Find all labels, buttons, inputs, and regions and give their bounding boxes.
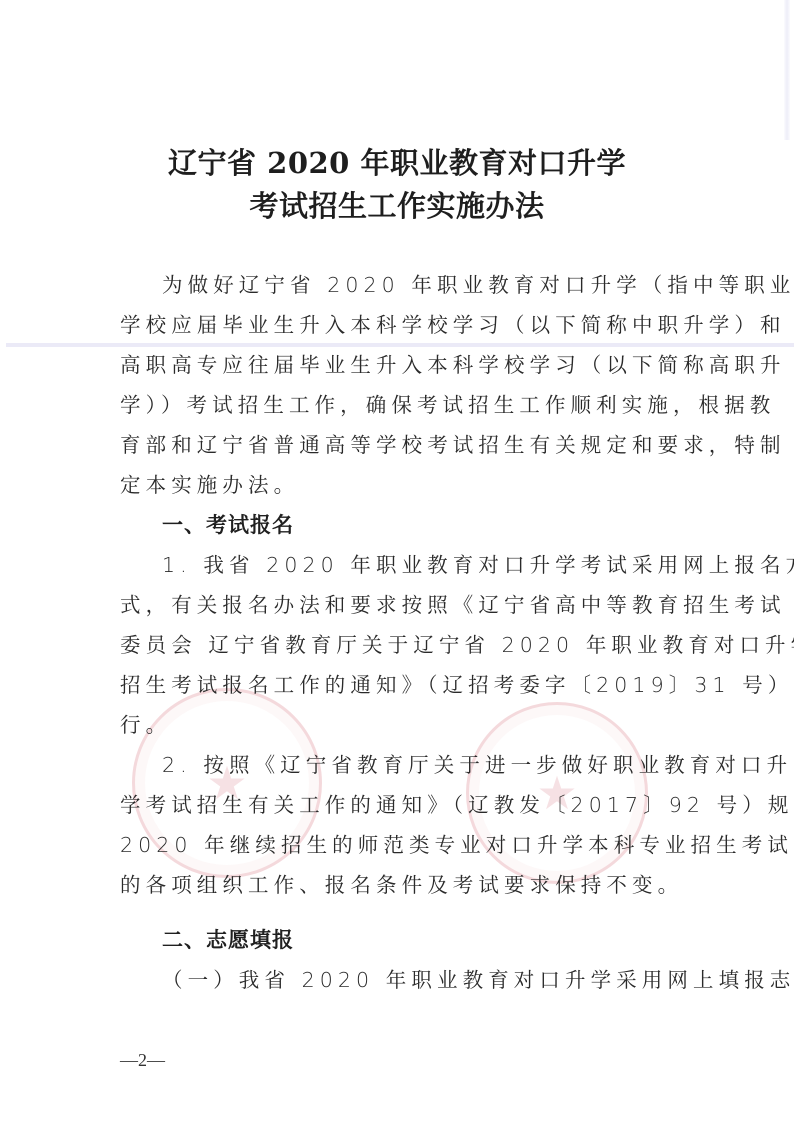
intro-line: 定本实施办法。 bbox=[120, 465, 676, 505]
item-line: 1. 我省 2020 年职业教育对口升学考试采用网上报名方 bbox=[162, 545, 676, 585]
item-line: （一）我省 2020 年职业教育对口升学采用网上填报志 bbox=[162, 960, 676, 1000]
item-line: 2. 按照《辽宁省教育厅关于进一步做好职业教育对口升 bbox=[162, 745, 676, 785]
item-line: 招生考试报名工作的通知》（辽招考委字〔2019〕31 号）执 bbox=[120, 665, 676, 705]
section-heading: 一、考试报名 bbox=[162, 505, 294, 545]
item-line: 2020 年继续招生的师范类专业对口升学本科专业招生考试 bbox=[120, 825, 676, 865]
intro-line: 为做好辽宁省 2020 年职业教育对口升学（指中等职业 bbox=[162, 265, 676, 305]
intro-line: 学校应届毕业生升入本科学校学习（以下简称中职升学）和 bbox=[120, 305, 676, 345]
scan-edge-shadow bbox=[784, 0, 790, 140]
intro-line: 学））考试招生工作，确保考试招生工作顺利实施，根据教 bbox=[120, 385, 676, 425]
item-line: 式，有关报名办法和要求按照《辽宁省高中等教育招生考试 bbox=[120, 585, 676, 625]
intro-line: 育部和辽宁省普通高等学校考试招生有关规定和要求，特制 bbox=[120, 425, 676, 465]
document-title-line-1: 辽宁省 2020 年职业教育对口升学 bbox=[0, 143, 794, 183]
intro-line: 高职高专应往届毕业生升入本科学校学习（以下简称高职升 bbox=[120, 345, 676, 385]
item-line: 的各项组织工作、报名条件及考试要求保持不变。 bbox=[120, 865, 676, 905]
section-heading: 二、志愿填报 bbox=[162, 920, 294, 960]
item-line: 行。 bbox=[120, 705, 676, 745]
item-line: 学考试招生有关工作的通知》（辽教发〔2017〕92 号）规定， bbox=[120, 785, 676, 825]
page-number: —2— bbox=[120, 1048, 165, 1072]
document-title-line-2: 考试招生工作实施办法 bbox=[0, 186, 794, 226]
item-line: 委员会 辽宁省教育厅关于辽宁省 2020 年职业教育对口升学 bbox=[120, 625, 676, 665]
